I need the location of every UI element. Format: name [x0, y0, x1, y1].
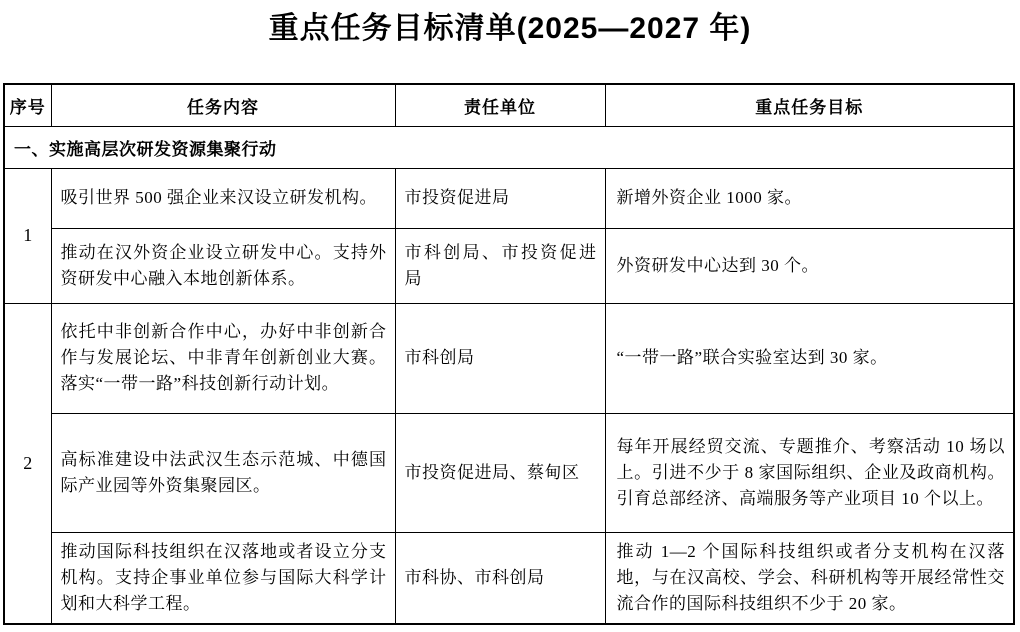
- section-header-row: 一、实施高层次研发资源集聚行动: [4, 126, 1014, 168]
- task-target-table: 序号 任务内容 责任单位 重点任务目标 一、实施高层次研发资源集聚行动 1 吸引…: [3, 83, 1015, 625]
- column-header-unit: 责任单位: [395, 84, 605, 126]
- target-cell: “一带一路”联合实验室达到 30 家。: [605, 303, 1014, 413]
- task-cell: 高标准建设中法武汉生态示范城、中德国际产业园等外资集聚园区。: [51, 413, 395, 532]
- document-title: 重点任务目标清单(2025—2027 年): [0, 8, 1020, 50]
- target-cell: 新增外资企业 1000 家。: [605, 168, 1014, 228]
- target-cell: 每年开展经贸交流、专题推介、考察活动 10 场以上。引进不少于 8 家国际组织、…: [605, 413, 1014, 532]
- unit-cell: 市科创局、市投资促进局: [395, 228, 605, 303]
- unit-cell: 市科协、市科创局: [395, 532, 605, 624]
- table-row: 推动在汉外资企业设立研发中心。支持外资研发中心融入本地创新体系。 市科创局、市投…: [4, 228, 1014, 303]
- task-cell: 依托中非创新合作中心，办好中非创新合作与发展论坛、中非青年创新创业大赛。落实“一…: [51, 303, 395, 413]
- unit-cell: 市科创局: [395, 303, 605, 413]
- table-row: 2 依托中非创新合作中心，办好中非创新合作与发展论坛、中非青年创新创业大赛。落实…: [4, 303, 1014, 413]
- column-header-task: 任务内容: [51, 84, 395, 126]
- row-number-1: 1: [4, 168, 51, 303]
- table-header-row: 序号 任务内容 责任单位 重点任务目标: [4, 84, 1014, 126]
- table-row: 1 吸引世界 500 强企业来汉设立研发机构。 市投资促进局 新增外资企业 10…: [4, 168, 1014, 228]
- document-page: 重点任务目标清单(2025—2027 年) 序号 任务内容 责任单位 重点任务目…: [0, 0, 1020, 632]
- unit-cell: 市投资促进局: [395, 168, 605, 228]
- column-header-seq: 序号: [4, 84, 51, 126]
- table-row: 高标准建设中法武汉生态示范城、中德国际产业园等外资集聚园区。 市投资促进局、蔡甸…: [4, 413, 1014, 532]
- table-row: 推动国际科技组织在汉落地或者设立分支机构。支持企事业单位参与国际大科学计划和大科…: [4, 532, 1014, 624]
- column-header-target: 重点任务目标: [605, 84, 1014, 126]
- row-number-2: 2: [4, 303, 51, 624]
- target-cell: 外资研发中心达到 30 个。: [605, 228, 1014, 303]
- task-cell: 吸引世界 500 强企业来汉设立研发机构。: [51, 168, 395, 228]
- unit-cell: 市投资促进局、蔡甸区: [395, 413, 605, 532]
- task-cell: 推动国际科技组织在汉落地或者设立分支机构。支持企事业单位参与国际大科学计划和大科…: [51, 532, 395, 624]
- section-header: 一、实施高层次研发资源集聚行动: [4, 126, 1014, 168]
- task-cell: 推动在汉外资企业设立研发中心。支持外资研发中心融入本地创新体系。: [51, 228, 395, 303]
- target-cell: 推动 1—2 个国际科技组织或者分支机构在汉落地，与在汉高校、学会、科研机构等开…: [605, 532, 1014, 624]
